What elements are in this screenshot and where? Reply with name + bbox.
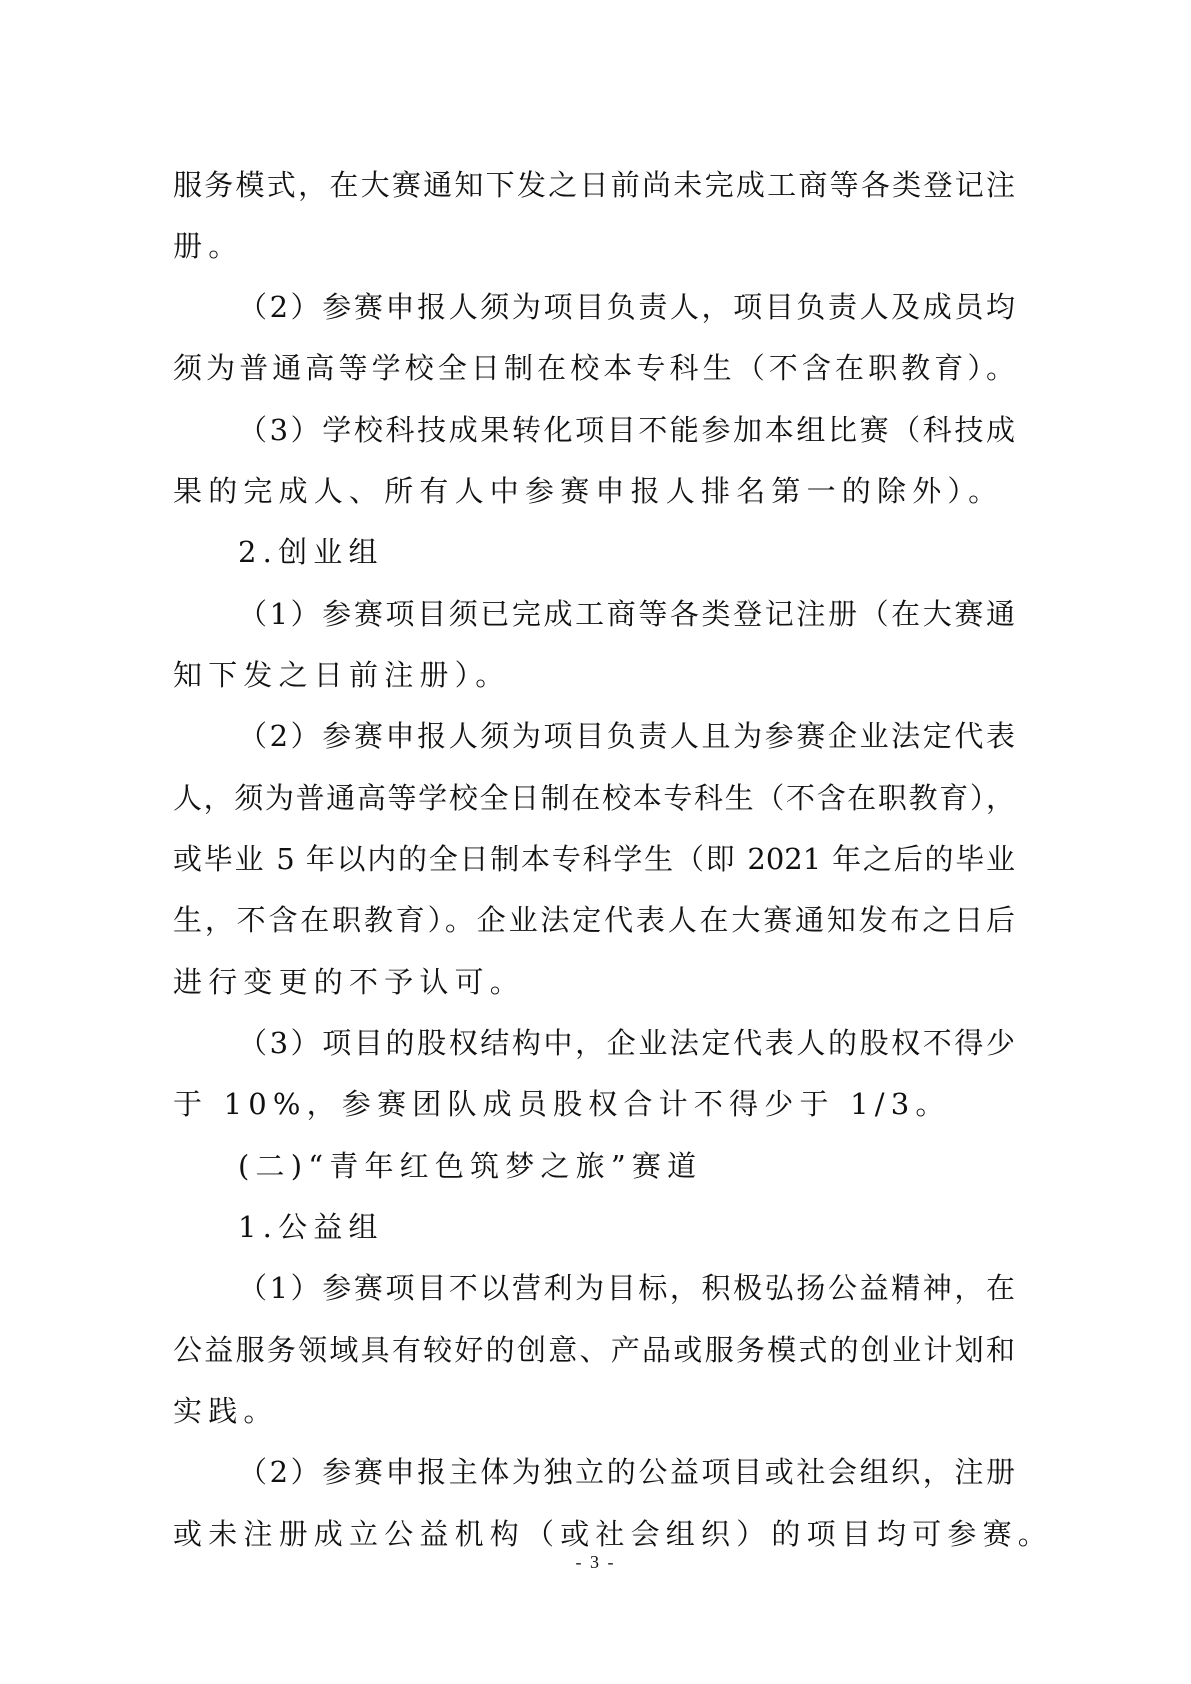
text-line-9: 知下发之日前注册）。 — [173, 655, 1013, 695]
text-line-8: （1）参赛项目须已完成工商等各类登记注册（在大赛通 — [238, 594, 1015, 634]
text-line-1: 服务模式，在大赛通知下发之日前尚未完成工商等各类登记注 — [173, 165, 1015, 205]
text-line-19: （1）参赛项目不以营利为目标，积极弘扬公益精神，在 — [238, 1268, 1015, 1308]
section-heading-red-track: (二)“青年红色筑梦之旅”赛道 — [238, 1146, 1078, 1186]
text-line-2: 册。 — [173, 226, 1013, 266]
text-line-15: （3）项目的股权结构中，企业法定代表人的股权不得少 — [238, 1023, 1015, 1063]
section-heading-startup-group: 2.创业组 — [238, 532, 1078, 572]
text-line-20: 公益服务领域具有较好的创意、产品或服务模式的创业计划和 — [173, 1330, 1015, 1370]
text-line-11: 人，须为普通高等学校全日制在校本专科生（不含在职教育）， — [173, 778, 1015, 818]
text-line-14: 进行变更的不予认可。 — [173, 962, 1013, 1002]
text-line-13: 生，不含在职教育）。企业法定代表人在大赛通知发布之日后 — [173, 900, 1015, 940]
section-heading-public-welfare-group: 1.公益组 — [238, 1207, 1078, 1247]
text-line-6: 果的完成人、所有人中参赛申报人排名第一的除外）。 — [173, 471, 1013, 511]
text-line-23: 或未注册成立公益机构（或社会组织）的项目均可参赛。 — [173, 1514, 1013, 1554]
text-line-3: （2）参赛申报人须为项目负责人，项目负责人及成员均 — [238, 287, 1015, 327]
text-line-16: 于 10%，参赛团队成员股权合计不得少于 1/3。 — [173, 1084, 1013, 1124]
text-line-10: （2）参赛申报人须为项目负责人且为参赛企业法定代表 — [238, 716, 1015, 756]
text-line-21: 实践。 — [173, 1391, 1013, 1431]
text-line-5: （3）学校科技成果转化项目不能参加本组比赛（科技成 — [238, 410, 1015, 450]
text-line-22: （2）参赛申报主体为独立的公益项目或社会组织，注册 — [238, 1452, 1015, 1492]
text-line-4: 须为普通高等学校全日制在校本专科生（不含在职教育）。 — [173, 348, 1015, 388]
text-line-12: 或毕业 5 年以内的全日制本专科学生（即 2021 年之后的毕业 — [173, 839, 1015, 879]
page-number: - 3 - — [0, 1552, 1191, 1573]
document-page: 服务模式，在大赛通知下发之日前尚未完成工商等各类登记注 册。 （2）参赛申报人须… — [0, 0, 1191, 1684]
